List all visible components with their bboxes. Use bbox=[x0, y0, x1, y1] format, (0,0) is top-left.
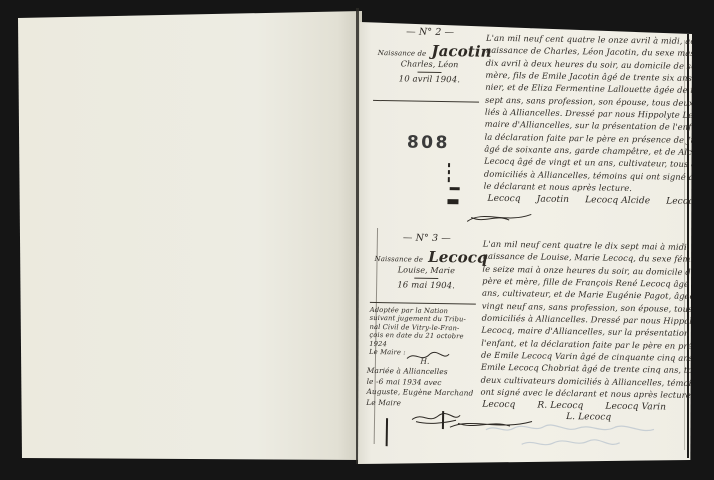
left-blank-page bbox=[12, 8, 362, 464]
margin-long-rule bbox=[373, 100, 479, 103]
act-text-line: ont signé avec le déclarant et nous aprè… bbox=[480, 386, 682, 402]
act-nature-label: Naissance de bbox=[374, 255, 423, 264]
note-line: Le Maire bbox=[366, 398, 482, 410]
act-surname: Lecocq bbox=[428, 248, 488, 267]
marriage-note-lines: Mariée à Alliancellesle -6 mai 1934 avec… bbox=[366, 366, 483, 410]
right-register-page: — N° 2 — Naissance de Jacotin Charles, L… bbox=[358, 10, 692, 466]
signature: Lecocq Varin bbox=[605, 402, 666, 413]
margin-short-rule bbox=[417, 72, 441, 73]
margin-long-rule bbox=[370, 302, 476, 305]
act-date: 10 avril 1904. bbox=[377, 74, 481, 86]
stamp-number: 808 bbox=[376, 132, 480, 154]
marriage-note: Mariée à Alliancellesle -6 mai 1934 avec… bbox=[366, 366, 483, 410]
signature: R. Lecocq bbox=[537, 401, 583, 412]
act-nature-label: Naissance de bbox=[378, 49, 427, 58]
note-line: çois en date du 21 octobre 1924 bbox=[369, 331, 481, 350]
record-2-margin: — N° 3 — Naissance de Lecocq Louise, Mar… bbox=[374, 232, 479, 292]
act-text: L'an mil neuf cent quatre le onze avril … bbox=[484, 32, 688, 196]
record-1-body: L'an mil neuf cent quatre le onze avril … bbox=[483, 32, 688, 208]
edge-tick-mark bbox=[530, 18, 532, 28]
ink-speck bbox=[448, 170, 450, 174]
signature-flourish bbox=[465, 207, 535, 226]
mayor-signature-flourish bbox=[405, 350, 451, 363]
ink-speck bbox=[448, 177, 450, 182]
signature: Lecocq Alcide bbox=[585, 196, 650, 207]
act-number: — N° 3 — bbox=[375, 232, 479, 245]
ink-blot bbox=[450, 187, 460, 190]
record-1-margin: — N° 2 — Naissance de Jacotin Charles, L… bbox=[377, 26, 482, 86]
edge-tick-mark bbox=[442, 411, 444, 429]
register-content: — N° 2 — Naissance de Jacotin Charles, L… bbox=[351, 10, 692, 471]
signature: Lecocq bbox=[482, 400, 515, 411]
signature: Lecocq bbox=[666, 197, 699, 208]
act-heading: Naissance de Lecocq bbox=[374, 246, 478, 267]
signatures-row: LecocqJacotinLecocq AlcideLecocq bbox=[483, 194, 685, 207]
signatures-row: LecocqR. LecocqLecocq Varin bbox=[480, 400, 682, 413]
ink-speck bbox=[448, 163, 450, 167]
act-given-names: Charles, Léon bbox=[378, 59, 482, 70]
ink-blot bbox=[447, 199, 458, 204]
signature: Lecocq bbox=[487, 194, 520, 205]
edge-tick-mark bbox=[386, 418, 388, 446]
act-date: 16 mai 1904. bbox=[374, 280, 478, 292]
act-heading: Naissance de Jacotin bbox=[378, 40, 482, 61]
act-number: — N° 2 — bbox=[378, 26, 482, 39]
record-2-body: L'an mil neuf cent quatre le dix sept ma… bbox=[480, 238, 685, 425]
act-surname: Jacotin bbox=[431, 42, 491, 61]
signature: Jacotin bbox=[537, 195, 570, 206]
margin-short-rule bbox=[414, 278, 438, 279]
act-given-names: Louise, Marie bbox=[374, 265, 478, 276]
bleed-through-writing bbox=[482, 420, 673, 457]
act-text: L'an mil neuf cent quatre le dix sept ma… bbox=[480, 238, 684, 402]
